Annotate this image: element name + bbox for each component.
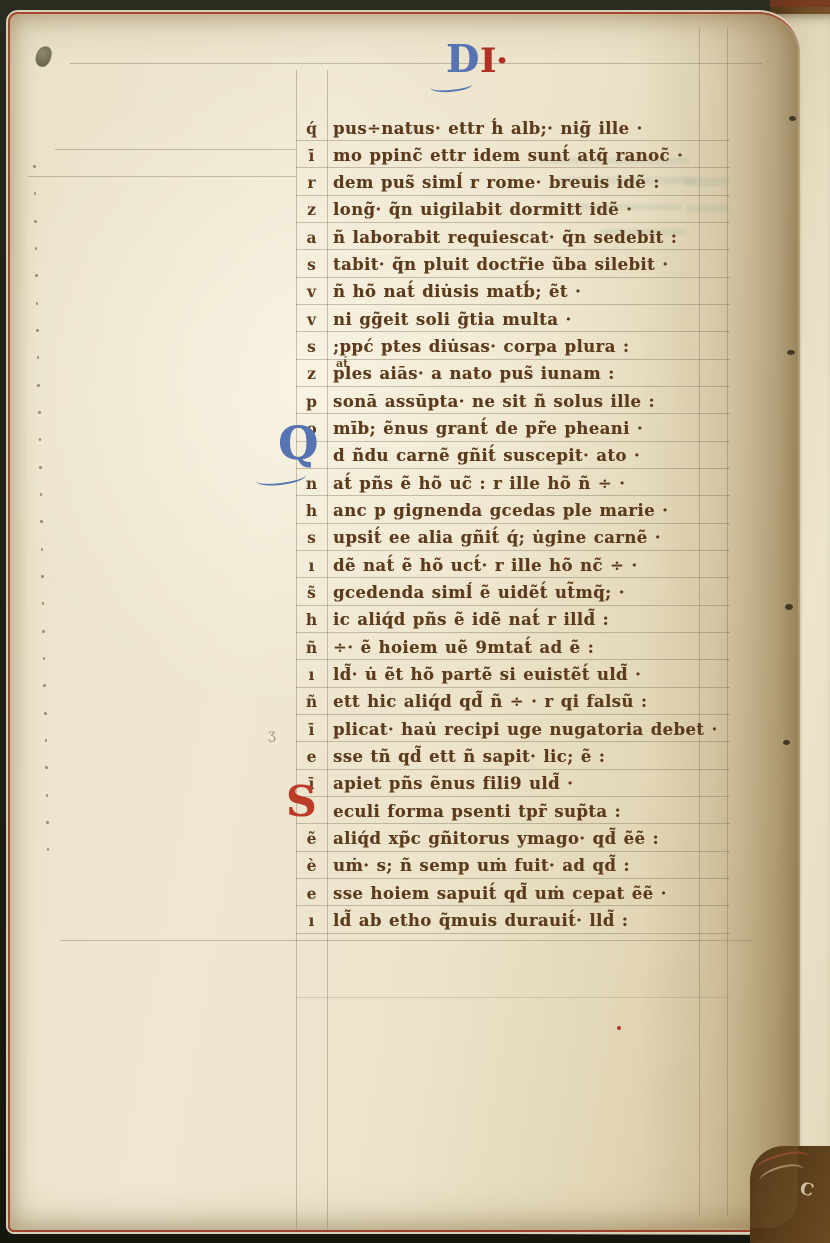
ruling-line-extended	[28, 176, 296, 177]
line-text: sonā assūpta· ne sit ñ solus ille :	[333, 389, 655, 415]
line-text: ic aliq́d pñs ẽ idẽ nat́ r illd̃ :	[333, 607, 609, 633]
line-text: ñ hõ nat́ diu̇sis matb́; ẽt ·	[333, 279, 581, 305]
line-initial: z	[297, 197, 326, 223]
line-initial: s	[297, 252, 326, 278]
line-text: d ñdu carnẽ gñit́ suscepit· ato ·	[333, 443, 640, 469]
page-edge-nick	[787, 350, 795, 355]
quire-signature: DI·	[446, 36, 508, 81]
line-initial: ī	[297, 143, 326, 169]
manuscript-photo: C DI· ʒ at́ q́pus÷natus· ettr h́ alb;· n…	[0, 0, 830, 1243]
line-text: aliq́d xp̃c gñitorus ymago· qd̃ ẽẽ :	[333, 826, 659, 852]
line-initial: ı	[297, 662, 326, 688]
ruling-line-extended	[55, 149, 296, 150]
line-text: ñ laborabit requiescat· q̃n sedebit :	[333, 225, 677, 251]
pricking-hole	[33, 165, 36, 168]
line-text: plicat· hau̇ recipi uge nugatoria debet …	[333, 717, 718, 743]
leather-mark: C	[798, 1179, 816, 1202]
line-initial: z	[297, 361, 326, 387]
ruling-line-extended	[70, 63, 762, 64]
line-text: anc p gignenda gcedas ple marie ·	[333, 498, 668, 524]
line-initial: s̃	[297, 580, 326, 606]
line-initial: q́	[297, 116, 326, 142]
line-initial: ñ	[297, 689, 326, 715]
line-text: pus÷natus· ettr h́ alb;· nig̃ ille ·	[333, 116, 643, 142]
line-initial: ı	[297, 908, 326, 934]
line-text: upsit́ ee alia gñit́ q́; u̇gine carnẽ ·	[333, 525, 661, 551]
line-initial: a	[297, 225, 326, 251]
dropcap-blue: Q	[278, 420, 318, 466]
line-initial: ñ	[297, 635, 326, 661]
margin-mark: ʒ	[268, 727, 276, 743]
page-edge-nick	[789, 116, 796, 121]
line-text: dẽ nat́ ẽ hõ uct́· r ille hõ nc̃ ÷ ·	[333, 553, 638, 579]
line-text: eculi forma psenti tpr̃ sup̃ta :	[333, 799, 621, 825]
line-text: uṁ· s; ñ semp uṁ fuit· ad qd̃ :	[333, 853, 630, 879]
pricking-hole	[37, 384, 40, 387]
line-text: mīb; ẽnus grant́ de pr̃e pheani ·	[333, 416, 643, 442]
pricking-hole	[41, 548, 44, 551]
red-ink-dot	[617, 1026, 621, 1030]
line-initial: e	[297, 881, 326, 907]
line-text: long̃· q̃n uigilabit dormitt idẽ ·	[333, 197, 632, 223]
pricking-hole	[41, 575, 44, 578]
line-initial: ẽ	[297, 826, 326, 852]
pricking-hole	[36, 302, 39, 305]
show-through-smudge	[684, 178, 730, 186]
ruling-line-extended	[296, 997, 730, 998]
pricking-hole	[38, 411, 41, 414]
line-text: at́ pñs ẽ hõ uc̃ : r ille hõ ñ ÷ ·	[333, 471, 625, 497]
pricking-hole	[42, 630, 45, 633]
ruling-vertical	[327, 70, 328, 1228]
line-text: ÷· ẽ hoiem uẽ 9mtat́ ad ẽ :	[333, 635, 594, 661]
pricking-hole	[44, 712, 47, 715]
line-initial: ı	[297, 553, 326, 579]
pricking-hole	[45, 766, 48, 769]
show-through-smudge	[686, 205, 730, 212]
ruling-line-extended	[60, 940, 752, 941]
dropcap-red: S	[286, 781, 316, 823]
pricking-hole	[40, 493, 43, 496]
line-text: gcedenda simĺ ẽ uidẽt́ ut̃mq̃; ·	[333, 580, 625, 606]
line-initial: h	[297, 607, 326, 633]
line-initial: p	[297, 389, 326, 415]
line-text: sse hoiem sapuit́ qd̃ uṁ cepat ẽẽ ·	[333, 881, 667, 907]
line-initial: r	[297, 170, 326, 196]
page-edge-nick	[783, 740, 790, 745]
line-initial: v	[297, 279, 326, 305]
pricking-hole	[46, 794, 49, 797]
pricking-hole	[45, 739, 48, 742]
line-text: tabit· q̃n pluit doctr̃ie ũba silebit ·	[333, 252, 668, 278]
line-initial: s	[297, 334, 326, 360]
pricking-hole	[36, 329, 39, 332]
line-text: ;ppć ptes diu̇sas· corpa plura :	[333, 334, 629, 360]
leather-corner-bottom-right: C	[750, 1146, 830, 1243]
line-text: ett hic aliq́d qd̃ ñ ÷ · r qi falsũ :	[333, 689, 647, 715]
pricking-hole	[46, 821, 49, 824]
pricking-hole	[34, 220, 37, 223]
line-initial: h	[297, 498, 326, 524]
line-text: dem pus̃ simĺ r rome· breuis idẽ :	[333, 170, 660, 196]
line-text: ni gg̃eit soli g̃tia multa ·	[333, 307, 572, 333]
line-text: mo ppinc̃ ettr idem sunt́ atq̃ ranoc̃ ·	[333, 143, 683, 169]
line-initial: s	[297, 525, 326, 551]
quire-letter-blue: D	[446, 36, 480, 81]
page-edge-nick	[785, 604, 793, 610]
quire-letter-red: I·	[480, 41, 508, 81]
pricking-hole	[39, 466, 42, 469]
line-text: apiet pñs ẽnus fili9 uld̃ ·	[333, 771, 573, 797]
line-text: ld̃ ab etho q̃muis durauit́· lld̃ :	[333, 908, 628, 934]
line-initial: e	[297, 744, 326, 770]
line-text: ples aiās· a nato pus̃ iunam :	[333, 361, 615, 387]
line-initial: v	[297, 307, 326, 333]
line-initial: è	[297, 853, 326, 879]
line-text: ld̃· u̇ ẽt hõ partẽ si euistẽt́ uld̃ ·	[333, 662, 641, 688]
line-text: sse tñ qd̃ ett ñ sapit· lic; ẽ :	[333, 744, 605, 770]
line-initial: ī	[297, 717, 326, 743]
